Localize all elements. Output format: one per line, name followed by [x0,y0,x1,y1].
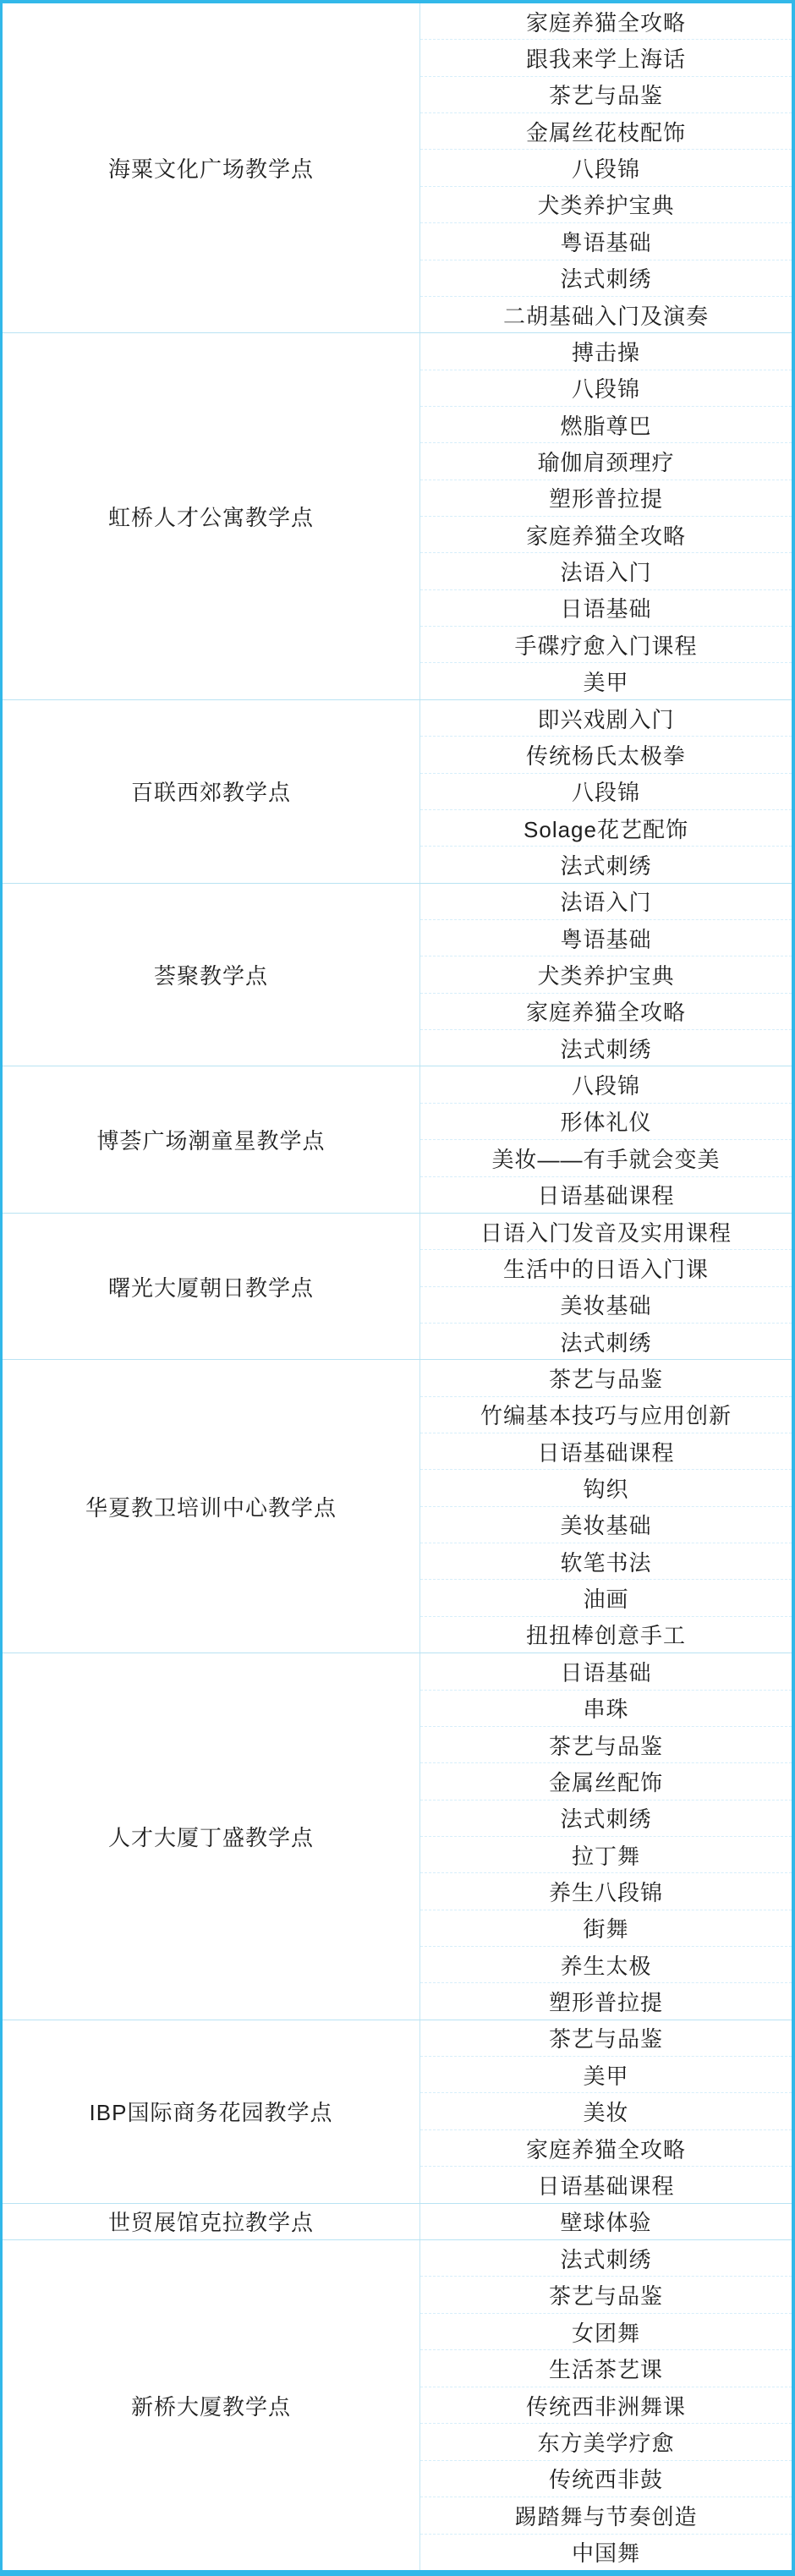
teaching-point-name: 人才大厦丁盛教学点 [3,1653,420,2020]
course-cell: 茶艺与品鉴 [420,76,792,112]
course-cell: 粤语基础 [420,919,792,956]
course-cell: 日语基础课程 [420,1176,792,1213]
course-cell: 即兴戏剧入门 [420,700,792,736]
course-cell: 法式刺绣 [420,1323,792,1359]
teaching-point-group: 荟聚教学点法语入门粤语基础犬类养护宝典家庭养猫全攻略法式刺绣 [3,884,792,1067]
course-cell: 扭扭棒创意手工 [420,1616,792,1652]
teaching-point-name: 世贸展馆克拉教学点 [3,2204,420,2239]
teaching-point-group: 华夏教卫培训中心教学点茶艺与品鉴竹编基本技巧与应用创新日语基础课程钩织美妆基础软… [3,1360,792,1653]
course-cell: 金属丝配饰 [420,1762,792,1799]
course-cell: 粤语基础 [420,222,792,259]
course-list: 法语入门粤语基础犬类养护宝典家庭养猫全攻略法式刺绣 [420,884,792,1066]
course-cell: 金属丝花枝配饰 [420,112,792,149]
course-cell: 八段锦 [420,1066,792,1102]
teaching-point-group: 虹桥人才公寓教学点搏击操八段锦燃脂尊巴瑜伽肩颈理疗塑形普拉提家庭养猫全攻略法语入… [3,333,792,700]
teaching-point-group: IBP国际商务花园教学点茶艺与品鉴美甲美妆家庭养猫全攻略日语基础课程 [3,2020,792,2204]
course-cell: 家庭养猫全攻略 [420,2129,792,2166]
course-cell: 美甲 [420,662,792,699]
course-cell: 油画 [420,1579,792,1615]
course-cell: 茶艺与品鉴 [420,1726,792,1762]
course-cell: 跟我来学上海话 [420,39,792,75]
course-list: 即兴戏剧入门传统杨氏太极拳八段锦Solage花艺配饰法式刺绣 [420,700,792,883]
course-cell: 八段锦 [420,370,792,406]
course-cell: 日语基础 [420,589,792,626]
course-cell: 养生八段锦 [420,1872,792,1909]
teaching-point-group: 人才大厦丁盛教学点日语基础串珠茶艺与品鉴金属丝配饰法式刺绣拉丁舞养生八段锦街舞养… [3,1653,792,2020]
teaching-point-group: 新桥大厦教学点法式刺绣茶艺与品鉴女团舞生活茶艺课传统西非洲舞课东方美学疗愈传统西… [3,2240,792,2570]
course-list: 日语基础串珠茶艺与品鉴金属丝配饰法式刺绣拉丁舞养生八段锦街舞养生太极塑形普拉提 [420,1653,792,2020]
course-cell: 法语入门 [420,552,792,589]
course-cell: 家庭养猫全攻略 [420,516,792,552]
course-cell: 串珠 [420,1690,792,1726]
course-cell: 二胡基础入门及演奏 [420,296,792,332]
course-list: 搏击操八段锦燃脂尊巴瑜伽肩颈理疗塑形普拉提家庭养猫全攻略法语入门日语基础手碟疗愈… [420,333,792,699]
course-cell: 犬类养护宝典 [420,956,792,992]
teaching-point-name: 博荟广场潮童星教学点 [3,1066,420,1212]
course-list: 茶艺与品鉴美甲美妆家庭养猫全攻略日语基础课程 [420,2020,792,2203]
teaching-point-group: 世贸展馆克拉教学点壁球体验 [3,2204,792,2240]
course-cell: 生活中的日语入门课 [420,1249,792,1285]
course-table: 海粟文化广场教学点家庭养猫全攻略跟我来学上海话茶艺与品鉴金属丝花枝配饰八段锦犬类… [0,0,795,2576]
course-cell: 塑形普拉提 [420,480,792,516]
teaching-point-name: 新桥大厦教学点 [3,2240,420,2570]
course-cell: 法式刺绣 [420,260,792,296]
teaching-point-name: 荟聚教学点 [3,884,420,1066]
course-cell: 法式刺绣 [420,846,792,882]
course-cell: Solage花艺配饰 [420,809,792,846]
course-cell: 美妆 [420,2092,792,2129]
course-cell: 生活茶艺课 [420,2349,792,2386]
teaching-point-name: 华夏教卫培训中心教学点 [3,1360,420,1652]
course-cell: 壁球体验 [420,2204,792,2239]
course-cell: 塑形普拉提 [420,1982,792,2019]
course-cell: 家庭养猫全攻略 [420,3,792,39]
course-cell: 东方美学疗愈 [420,2423,792,2459]
teaching-point-name: 虹桥人才公寓教学点 [3,333,420,699]
course-cell: 美甲 [420,2056,792,2092]
course-cell: 茶艺与品鉴 [420,2020,792,2056]
teaching-point-name: 海粟文化广场教学点 [3,3,420,332]
course-list: 日语入门发音及实用课程生活中的日语入门课美妆基础法式刺绣 [420,1214,792,1359]
course-cell: 瑜伽肩颈理疗 [420,442,792,479]
course-cell: 竹编基本技巧与应用创新 [420,1396,792,1433]
course-cell: 传统西非鼓 [420,2460,792,2497]
course-cell: 茶艺与品鉴 [420,2276,792,2312]
course-cell: 软笔书法 [420,1543,792,1579]
course-cell: 日语基础课程 [420,2166,792,2202]
course-cell: 拉丁舞 [420,1836,792,1872]
teaching-point-name: 百联西郊教学点 [3,700,420,883]
course-cell: 法语入门 [420,884,792,919]
course-cell: 搏击操 [420,333,792,369]
course-list: 法式刺绣茶艺与品鉴女团舞生活茶艺课传统西非洲舞课东方美学疗愈传统西非鼓踢踏舞与节… [420,2240,792,2570]
course-list: 八段锦形体礼仪美妆——有手就会变美日语基础课程 [420,1066,792,1212]
teaching-point-name: 曙光大厦朝日教学点 [3,1214,420,1359]
course-cell: 街舞 [420,1910,792,1946]
course-list: 壁球体验 [420,2204,792,2239]
course-cell: 美妆基础 [420,1286,792,1323]
course-cell: 钩织 [420,1469,792,1505]
teaching-point-group: 海粟文化广场教学点家庭养猫全攻略跟我来学上海话茶艺与品鉴金属丝花枝配饰八段锦犬类… [3,3,792,333]
teaching-point-name: IBP国际商务花园教学点 [3,2020,420,2203]
course-cell: 日语入门发音及实用课程 [420,1214,792,1249]
course-cell: 法式刺绣 [420,2240,792,2276]
course-cell: 美妆基础 [420,1506,792,1543]
course-cell: 燃脂尊巴 [420,406,792,442]
course-cell: 家庭养猫全攻略 [420,993,792,1029]
course-cell: 美妆——有手就会变美 [420,1139,792,1176]
course-cell: 手碟疗愈入门课程 [420,626,792,662]
course-list: 茶艺与品鉴竹编基本技巧与应用创新日语基础课程钩织美妆基础软笔书法油画扭扭棒创意手… [420,1360,792,1652]
course-cell: 女团舞 [420,2313,792,2349]
teaching-point-group: 百联西郊教学点即兴戏剧入门传统杨氏太极拳八段锦Solage花艺配饰法式刺绣 [3,700,792,884]
teaching-point-group: 曙光大厦朝日教学点日语入门发音及实用课程生活中的日语入门课美妆基础法式刺绣 [3,1214,792,1360]
course-cell: 茶艺与品鉴 [420,1360,792,1395]
course-cell: 法式刺绣 [420,1029,792,1066]
course-cell: 八段锦 [420,773,792,809]
course-cell: 日语基础 [420,1653,792,1689]
course-cell: 踢踏舞与节奏创造 [420,2497,792,2533]
course-cell: 传统杨氏太极拳 [420,736,792,772]
course-cell: 传统西非洲舞课 [420,2387,792,2423]
course-cell: 法式刺绣 [420,1800,792,1836]
course-cell: 日语基础课程 [420,1433,792,1469]
course-cell: 犬类养护宝典 [420,186,792,222]
course-list: 家庭养猫全攻略跟我来学上海话茶艺与品鉴金属丝花枝配饰八段锦犬类养护宝典粤语基础法… [420,3,792,332]
course-cell: 养生太极 [420,1946,792,1982]
course-cell: 八段锦 [420,149,792,185]
course-cell: 中国舞 [420,2534,792,2570]
course-cell: 形体礼仪 [420,1103,792,1139]
teaching-point-group: 博荟广场潮童星教学点八段锦形体礼仪美妆——有手就会变美日语基础课程 [3,1066,792,1213]
